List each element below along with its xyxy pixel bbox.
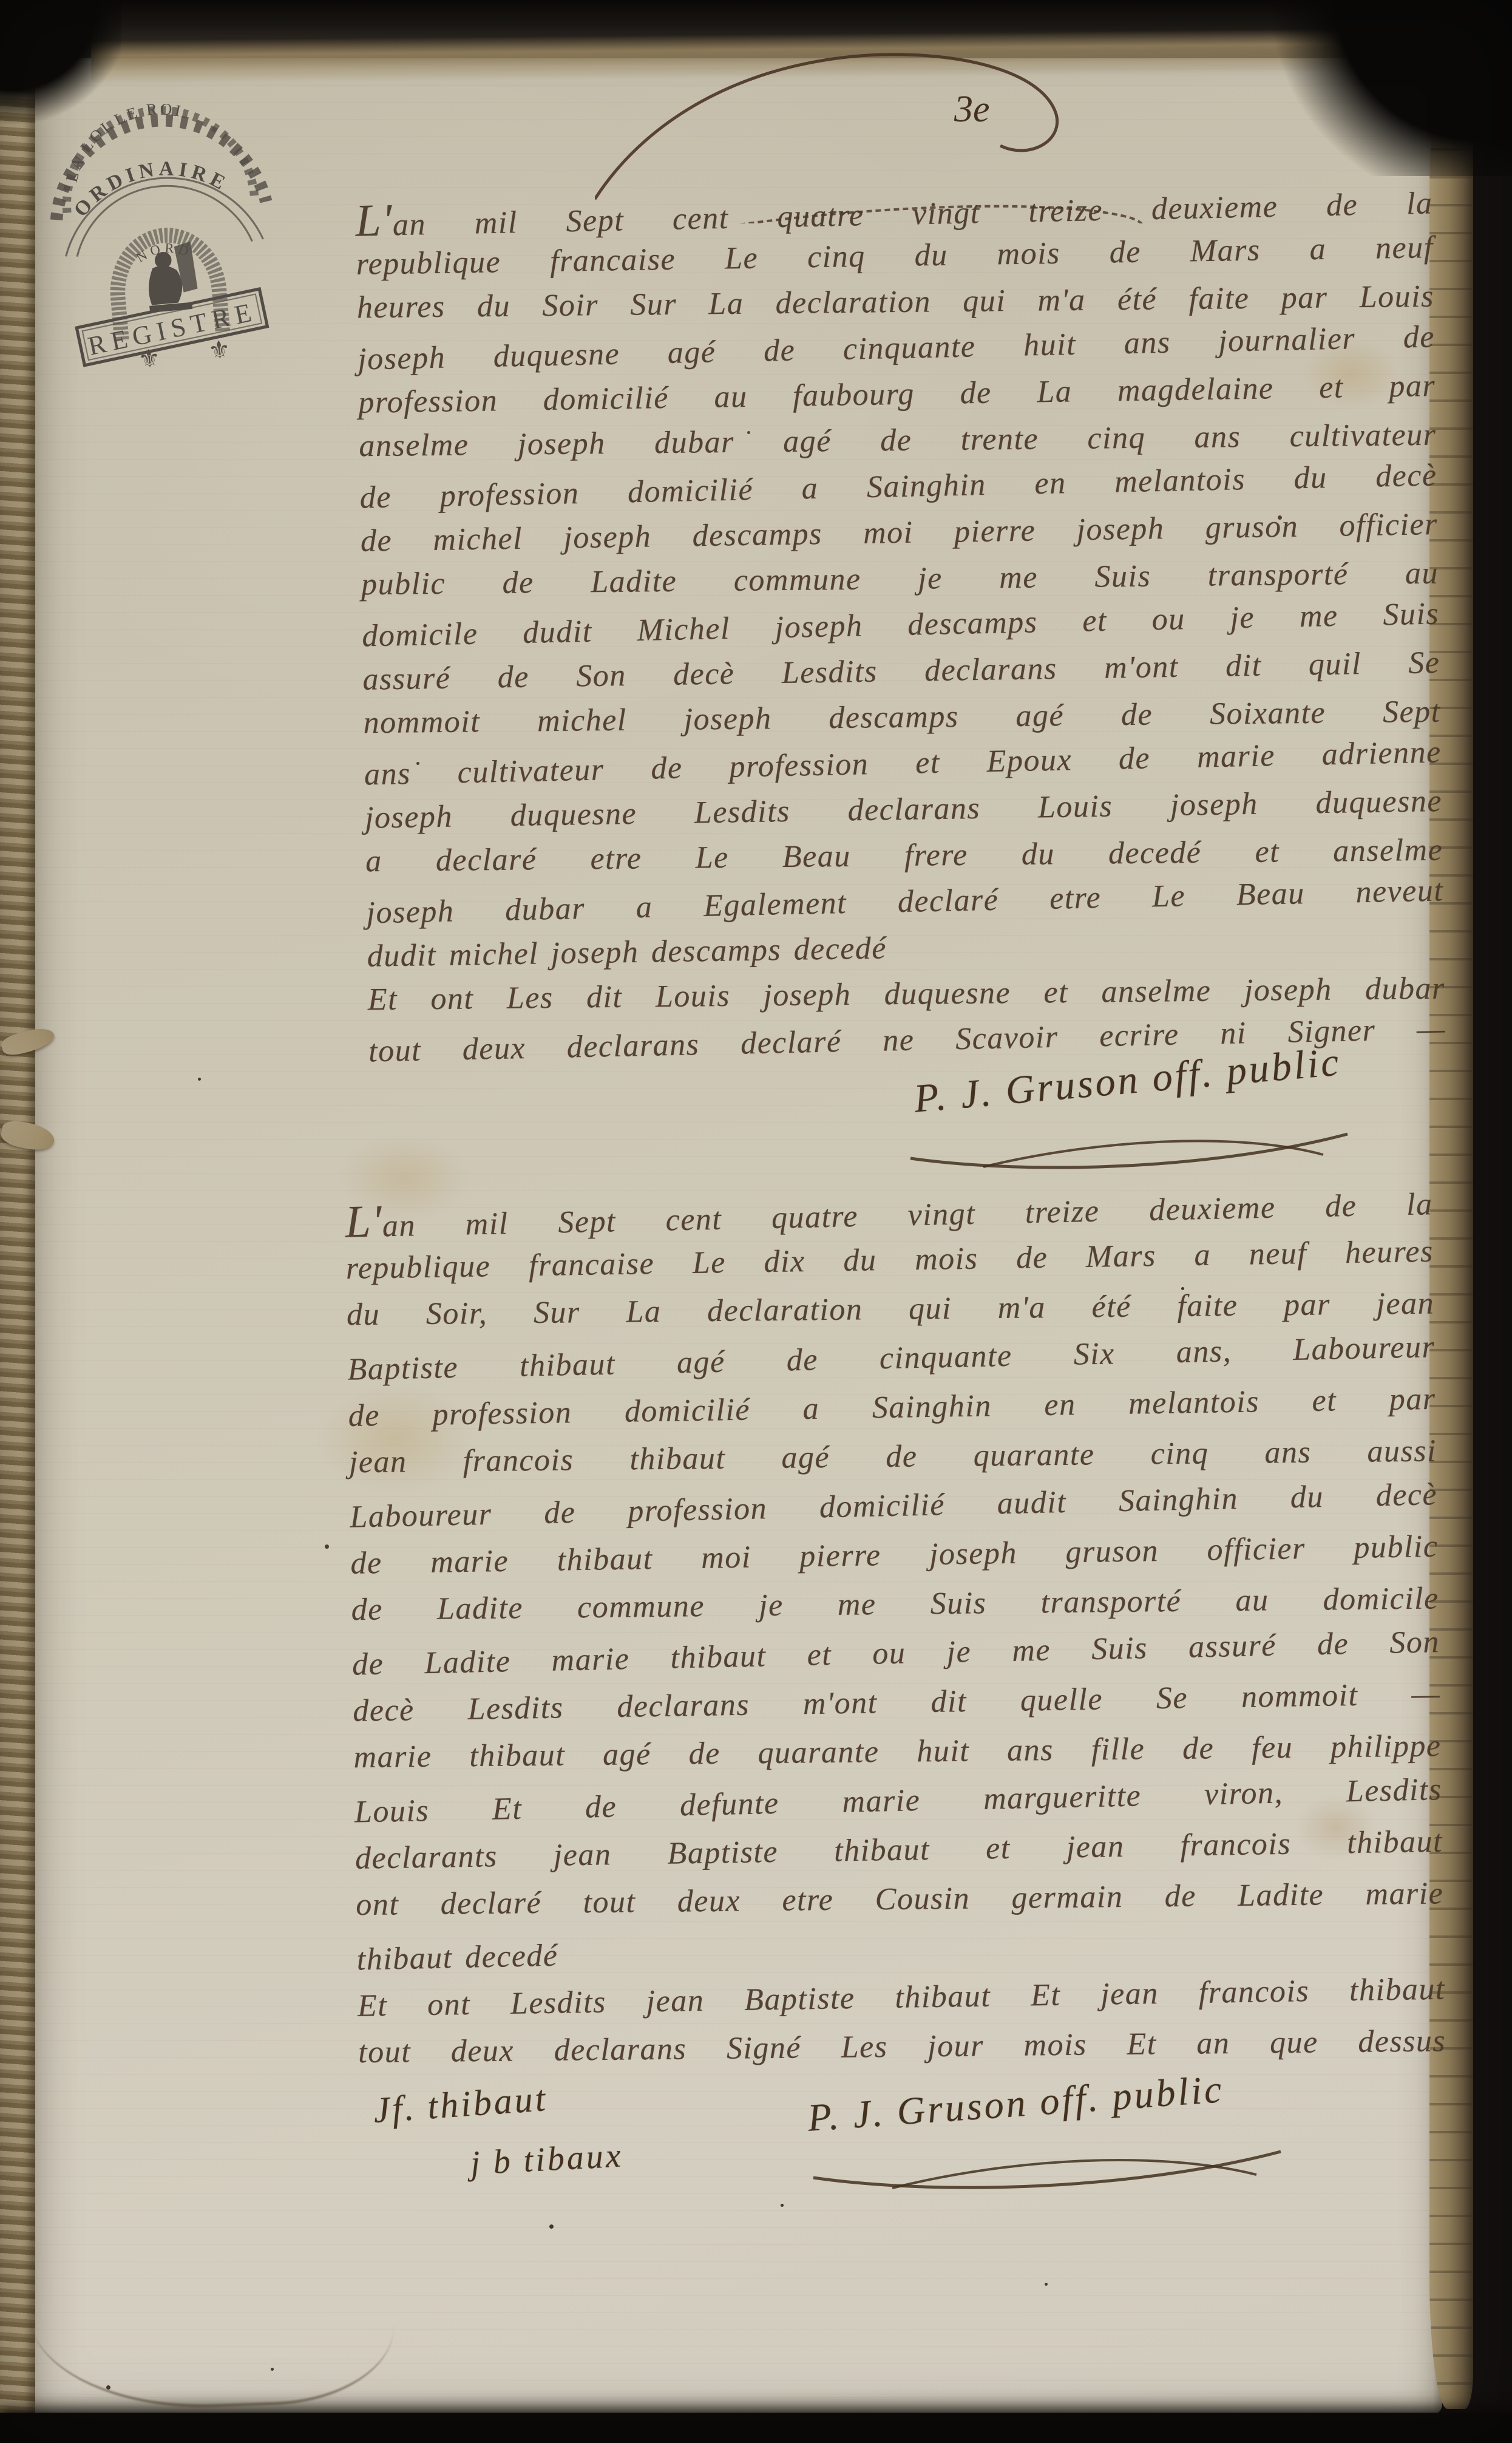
act2-text: L'an mil Sept cent quatre vingt treize d… bbox=[345, 1178, 1446, 2080]
photo-background-bottom bbox=[0, 2413, 1512, 2443]
revenue-stamp: LA LOI LE ROI ORDINAIRE NORD REGISTRE ⚜ … bbox=[23, 35, 299, 377]
signature-declarant-2: j b tibaux bbox=[469, 2136, 624, 2183]
act1-text: L'an mil Sept cent quatre vingt treize d… bbox=[355, 178, 1446, 1072]
page-number: 3e bbox=[954, 89, 990, 130]
photo-canvas: LA LOI LE ROI ORDINAIRE NORD REGISTRE ⚜ … bbox=[0, 0, 1512, 2443]
death-act-2: L'an mil Sept cent quatre vingt treize d… bbox=[345, 1178, 1446, 2080]
binding-threads bbox=[0, 35, 35, 2418]
signature-flourish bbox=[898, 1116, 1372, 1183]
death-act-1: L'an mil Sept cent quatre vingt treize d… bbox=[355, 178, 1446, 1072]
fleur-de-lis-icon: ⚜ bbox=[207, 336, 231, 365]
paper-specks bbox=[198, 1078, 201, 1081]
signature-flourish bbox=[795, 2132, 1305, 2205]
photo-corner-shadow bbox=[1269, 0, 1512, 176]
